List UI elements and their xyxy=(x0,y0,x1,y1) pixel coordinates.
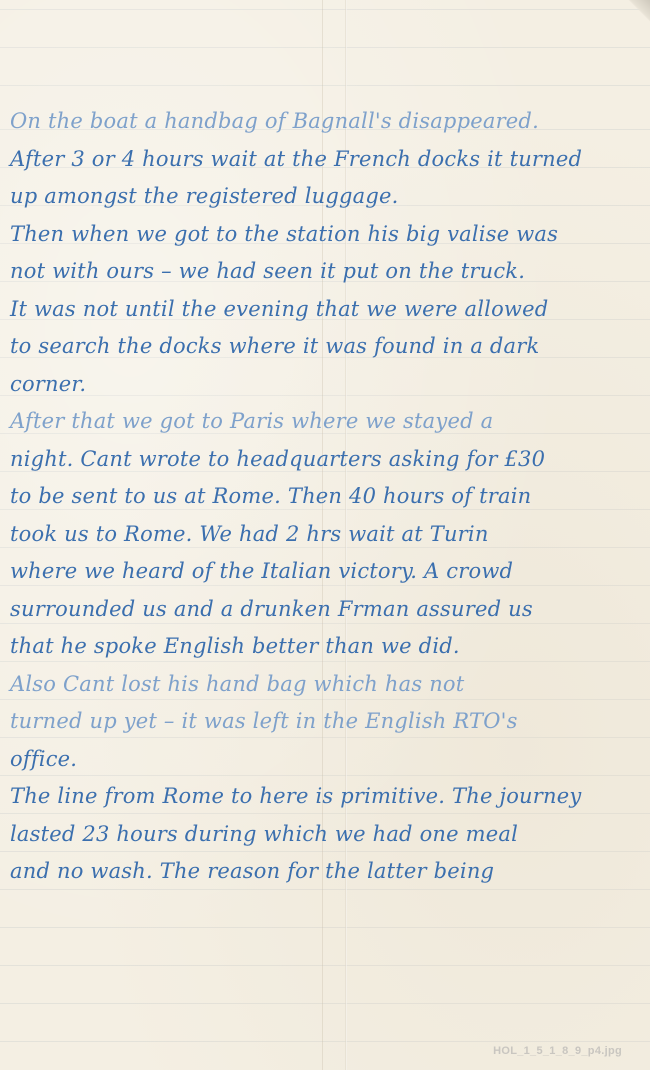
text-line: took us to Rome. We had 2 hrs wait at Tu… xyxy=(10,516,650,554)
text-line: The line from Rome to here is primitive.… xyxy=(10,778,650,816)
text-line: up amongst the registered luggage. xyxy=(10,178,650,216)
paper-corner-curl xyxy=(628,0,650,22)
text-line: corner. xyxy=(10,366,650,404)
text-line: office. xyxy=(10,741,650,779)
text-line: that he spoke English better than we did… xyxy=(10,628,650,666)
text-line: and no wash. The reason for the latter b… xyxy=(10,853,650,891)
filename-watermark: HOL_1_5_1_8_9_p4.jpg xyxy=(493,1045,622,1057)
text-line: surrounded us and a drunken Frman assure… xyxy=(10,591,650,629)
text-line: lasted 23 hours during which we had one … xyxy=(10,816,650,854)
text-line: Also Cant lost his hand bag which has no… xyxy=(10,666,650,704)
text-line: It was not until the evening that we wer… xyxy=(10,291,650,329)
letter-page: On the boat a handbag of Bagnall's disap… xyxy=(0,0,650,1070)
text-line: night. Cant wrote to headquarters asking… xyxy=(10,441,650,479)
text-line: where we heard of the Italian victory. A… xyxy=(10,553,650,591)
text-line: not with ours – we had seen it put on th… xyxy=(10,253,650,291)
text-line: turned up yet – it was left in the Engli… xyxy=(10,703,650,741)
text-line: to search the docks where it was found i… xyxy=(10,328,650,366)
text-line: After that we got to Paris where we stay… xyxy=(10,403,650,441)
text-line: to be sent to us at Rome. Then 40 hours … xyxy=(10,478,650,516)
text-line: After 3 or 4 hours wait at the French do… xyxy=(10,141,650,179)
text-line: On the boat a handbag of Bagnall's disap… xyxy=(10,103,650,141)
text-line: Then when we got to the station his big … xyxy=(10,216,650,254)
handwritten-text-block: On the boat a handbag of Bagnall's disap… xyxy=(10,103,650,891)
